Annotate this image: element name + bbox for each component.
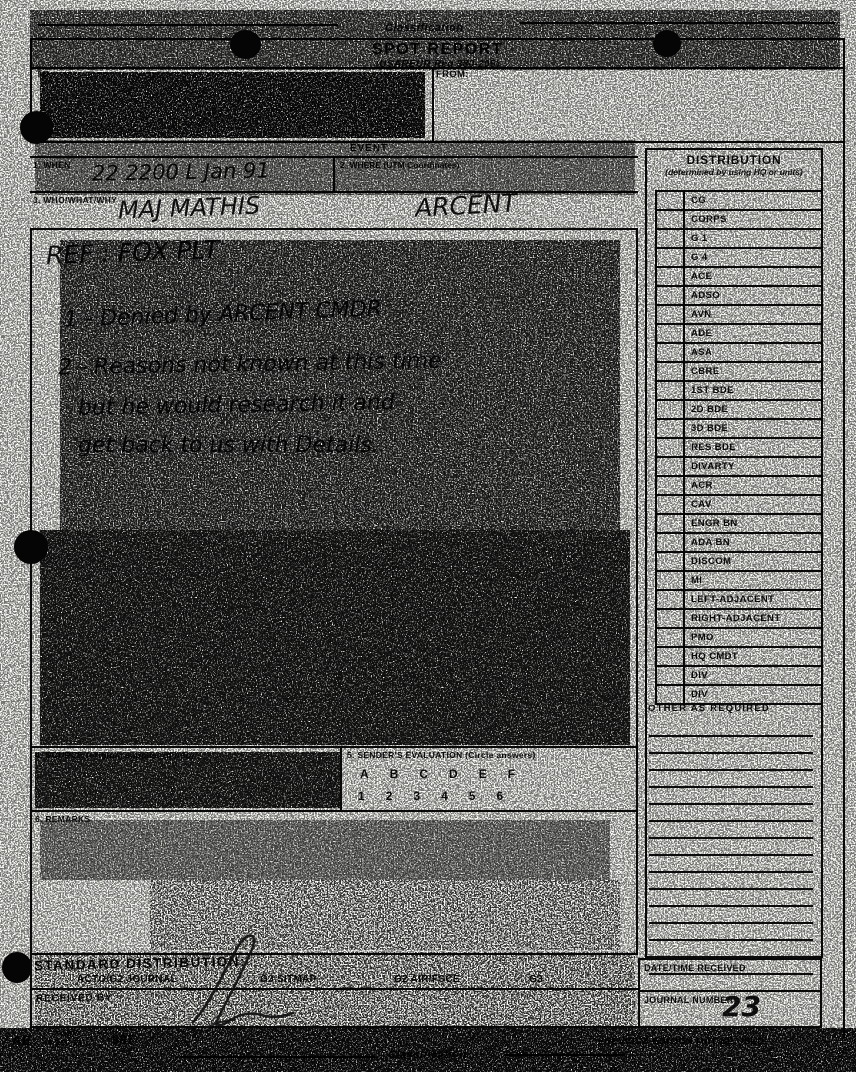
distribution-row: ACR: [655, 477, 821, 496]
distribution-other-label: OTHER AS REQUIRED: [648, 703, 770, 714]
distribution-item-label: CAV: [685, 496, 821, 513]
distribution-checkbox: [655, 534, 685, 551]
distribution-item-label: 1ST BDE: [685, 382, 821, 399]
distribution-blank-line: [649, 805, 813, 822]
received-by-band: RECEIVED BY: [30, 990, 638, 1028]
form-word: FORM: [56, 1031, 79, 1038]
evaluation-numbers-row: 123456: [358, 789, 503, 803]
evaluation-letter: E: [479, 767, 487, 781]
distribution-item-label: G 4: [685, 249, 821, 266]
distribution-checkbox: [655, 477, 685, 494]
distribution-checkbox: [655, 249, 685, 266]
distribution-item-label: ADA BN: [685, 534, 821, 551]
who-box: 3. WHO/WHAT/WHY MAJ MATHIS ARCENT: [30, 193, 638, 230]
top-rule-left: [38, 24, 338, 26]
distribution-item-label: LEFT-ADJACENT: [685, 591, 821, 608]
evaluation-number: 1: [358, 789, 365, 803]
to-box: TO:: [30, 67, 434, 143]
distribution-row: RES BDE: [655, 439, 821, 458]
evaluation-letter: C: [419, 767, 428, 781]
standard-distribution-label: STANDARD DISTRIBUTION:: [34, 954, 246, 973]
punch-hole: [20, 111, 53, 144]
when-box: 1. WHEN 22 2200 L Jan 91: [30, 158, 335, 193]
evaluation-letter: B: [390, 767, 399, 781]
classification-bottom: Classification: [388, 1049, 467, 1061]
evaluation-box: 5. SENDER'S EVALUATION (Circle answers) …: [342, 748, 638, 812]
distribution-item-label: RES BDE: [685, 439, 821, 456]
distribution-item-label: CORPS: [685, 211, 821, 228]
distribution-checkbox: [655, 230, 685, 247]
to-label: TO:: [36, 69, 53, 80]
journal-number-box: JOURNAL NUMBER 23: [638, 992, 822, 1028]
previous-edition-note: PREVIOUS EDITION MAY BE USED.: [598, 1036, 767, 1046]
remarks-box: 6. REMARKS: [30, 812, 638, 955]
title-box: SPOT REPORT (USAREUR Reg 380-205): [30, 38, 845, 69]
distribution-item-label: PMO: [685, 629, 821, 646]
distribution-blank-line: [649, 839, 813, 856]
distribution-item-label: G 1: [685, 230, 821, 247]
ghost-received-text: RECEIVED: [40, 553, 106, 565]
distribution-checkbox: [655, 515, 685, 532]
distribution-checkbox: [655, 287, 685, 304]
distribution-checkbox: [655, 344, 685, 361]
form-agency: AE: [12, 1033, 32, 1048]
distribution-row: MI: [655, 572, 821, 591]
body-line: but he would research it and: [78, 390, 395, 421]
distribution-row: G 4: [655, 249, 821, 268]
distribution-item-label: DISCOM: [685, 553, 821, 570]
evaluation-number: 5: [469, 789, 476, 803]
distribution-blank-line: [649, 924, 813, 941]
distribution-blank-line: [649, 788, 813, 805]
form-date: 1 DEC 73: [48, 1040, 82, 1047]
distribution-checkbox: [655, 686, 685, 703]
evaluation-letter: F: [508, 767, 515, 781]
from-box: FROM:: [432, 67, 845, 143]
body-line: 2 - Reasons not known at this time: [58, 349, 442, 381]
source-label: 4. SOURCE (original supplier of info): [35, 750, 194, 760]
evaluation-number: 4: [441, 789, 448, 803]
distribution-item-label: 2D BDE: [685, 401, 821, 418]
top-rule-right: [520, 22, 835, 24]
distribution-checkbox: [655, 268, 685, 285]
distribution-row: PMO: [655, 629, 821, 648]
distribution-checkbox: [655, 306, 685, 323]
distribution-blank-line: [649, 737, 813, 754]
where-box: 2. WHERE (UTM Coordinates): [335, 158, 638, 193]
distribution-checkbox: [655, 458, 685, 475]
distribution-row: ADE: [655, 325, 821, 344]
distribution-item-label: MI: [685, 572, 821, 589]
journal-number-label: JOURNAL NUMBER: [644, 995, 734, 1005]
distribution-item-label: ADSO: [685, 287, 821, 304]
distribution-row: CG: [655, 192, 821, 211]
distribution-row: DIVARTY: [655, 458, 821, 477]
evaluation-number: 2: [386, 789, 393, 803]
distribution-item-label: CBRE: [685, 363, 821, 380]
distribution-blank-line: [649, 890, 813, 907]
distribution-row: CORPS: [655, 211, 821, 230]
event-band: EVENT: [30, 143, 638, 158]
evaluation-number: 3: [413, 789, 420, 803]
fold-line: [392, 542, 393, 642]
distribution-checkbox: [655, 572, 685, 589]
evaluation-label: 5. SENDER'S EVALUATION (Circle answers): [347, 750, 536, 760]
distribution-row: DISCOM: [655, 553, 821, 572]
standard-distribution-option: ACTO/G2 JOURNAL: [77, 974, 177, 985]
bottom-rule-left: [180, 1056, 375, 1058]
distribution-checkbox: [655, 496, 685, 513]
standard-distribution-option: G2 AIR/FSCE: [394, 974, 460, 985]
remarks-label: 6. REMARKS: [35, 814, 90, 824]
distribution-checkbox: [655, 363, 685, 380]
distribution-blank-lines: [649, 720, 813, 992]
punch-hole: [230, 30, 261, 59]
distribution-row: AVN: [655, 306, 821, 325]
distribution-item-label: ENGR BN: [685, 515, 821, 532]
date-time-received-box: DATE/TIME RECEIVED: [638, 958, 822, 992]
body-area: REF : FOX PLT 1 - Denied by ARCENT CMDR …: [30, 230, 638, 748]
distribution-row: G 1: [655, 230, 821, 249]
distribution-blank-line: [649, 873, 813, 890]
distribution-checkbox: [655, 439, 685, 456]
distribution-row: RIGHT-ADJACENT: [655, 610, 821, 629]
body-line: REF : FOX PLT: [46, 235, 220, 270]
standard-distribution-option: G3: [529, 974, 543, 985]
distribution-checkbox: [655, 325, 685, 342]
distribution-item-label: ASA: [685, 344, 821, 361]
distribution-row: HQ CMDT: [655, 648, 821, 667]
distribution-row: CBRE: [655, 363, 821, 382]
distribution-blank-line: [649, 754, 813, 771]
where-label: 2. WHERE (UTM Coordinates): [340, 160, 459, 170]
distribution-blank-line: [649, 907, 813, 924]
distribution-item-label: CG: [685, 192, 821, 209]
distribution-box: DISTRIBUTION (determined by using HQ or …: [645, 148, 823, 958]
distribution-checkbox: [655, 591, 685, 608]
form-title: SPOT REPORT: [32, 41, 843, 59]
bottom-rule-right: [505, 1054, 625, 1056]
who-handwritten-right: ARCENT: [414, 188, 517, 222]
date-time-received-label: DATE/TIME RECEIVED: [644, 963, 746, 973]
distribution-row: ENGR BN: [655, 515, 821, 534]
distribution-item-label: DIV: [685, 686, 821, 703]
distribution-row: LEFT-ADJACENT: [655, 591, 821, 610]
spot-report-form: Classification SPOT REPORT (USAREUR Reg …: [0, 0, 856, 1072]
distribution-checkbox: [655, 553, 685, 570]
when-label: 1. WHEN: [33, 160, 71, 170]
distribution-checkbox: [655, 192, 685, 209]
body-line: get back to us with Details.: [78, 433, 379, 458]
distribution-item-label: DIV: [685, 667, 821, 684]
evaluation-letter: D: [449, 767, 458, 781]
distribution-checkbox: [655, 382, 685, 399]
distribution-row: 3D BDE: [655, 420, 821, 439]
who-label: 3. WHO/WHAT/WHY: [33, 195, 117, 205]
distribution-checkbox: [655, 211, 685, 228]
distribution-checkbox: [655, 629, 685, 646]
distribution-row: ADSO: [655, 287, 821, 306]
distribution-blank-line: [649, 771, 813, 788]
distribution-item-label: HQ CMDT: [685, 648, 821, 665]
distribution-list: CGCORPSG 1G 4ACEADSOAVNADEASACBRE1ST BDE…: [655, 190, 821, 705]
evaluation-number: 6: [496, 789, 503, 803]
standard-distribution-band: STANDARD DISTRIBUTION: ACTO/G2 JOURNALG3…: [30, 955, 638, 990]
from-label: FROM:: [436, 69, 469, 80]
distribution-title: DISTRIBUTION: [647, 153, 821, 167]
distribution-checkbox: [655, 667, 685, 684]
distribution-checkbox: [655, 610, 685, 627]
classification-top: Classification: [385, 22, 464, 34]
distribution-item-label: ACR: [685, 477, 821, 494]
distribution-row: CAV: [655, 496, 821, 515]
distribution-item-label: 3D BDE: [685, 420, 821, 437]
form-number: 987: [112, 1032, 134, 1047]
punch-hole: [2, 952, 32, 983]
distribution-checkbox: [655, 401, 685, 418]
punch-hole: [14, 530, 48, 564]
journal-number-handwritten: 23: [722, 990, 761, 1023]
distribution-row: DIV: [655, 667, 821, 686]
received-by-label: RECEIVED BY: [36, 992, 113, 1004]
distribution-row: ADA BN: [655, 534, 821, 553]
evaluation-letters-row: ABCDEF: [360, 767, 515, 781]
body-line: 1 - Denied by ARCENT CMDR: [64, 296, 383, 332]
distribution-row: 2D BDE: [655, 401, 821, 420]
distribution-blank-line: [649, 822, 813, 839]
distribution-blank-line: [649, 720, 813, 737]
standard-distribution-option: G3 SITMAP: [260, 974, 317, 985]
source-box: 4. SOURCE (original supplier of info): [30, 748, 342, 812]
distribution-blank-line: [649, 856, 813, 873]
distribution-checkbox: [655, 648, 685, 665]
right-outer-border: [843, 38, 845, 1038]
distribution-checkbox: [655, 420, 685, 437]
distribution-row: ACE: [655, 268, 821, 287]
distribution-row: ASA: [655, 344, 821, 363]
distribution-subtitle: (determined by using HQ or units): [647, 167, 821, 177]
when-handwritten-value: 22 2200 L Jan 91: [92, 158, 270, 185]
distribution-blank-line: [649, 941, 813, 958]
distribution-row: 1ST BDE: [655, 382, 821, 401]
distribution-item-label: DIVARTY: [685, 458, 821, 475]
distribution-item-label: RIGHT-ADJACENT: [685, 610, 821, 627]
distribution-item-label: AVN: [685, 306, 821, 323]
punch-hole: [653, 30, 681, 57]
distribution-item-label: ADE: [685, 325, 821, 342]
distribution-item-label: ACE: [685, 268, 821, 285]
event-section-label: EVENT: [30, 143, 638, 154]
evaluation-letter: A: [360, 767, 369, 781]
who-handwritten-left: MAJ MATHIS: [118, 192, 261, 225]
